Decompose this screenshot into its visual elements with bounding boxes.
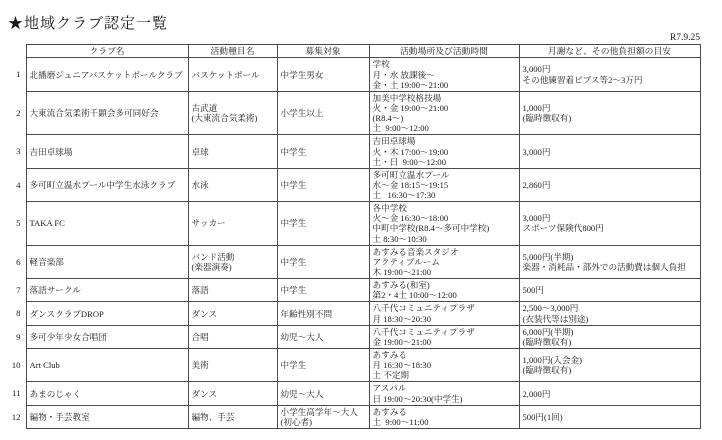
cell-club-name: 多可少年少女合唱団: [26, 325, 188, 348]
cell-place-time: あすみる 土 9:00～11:00: [369, 405, 519, 428]
cell-row-number: 8: [6, 302, 26, 325]
cell-fee: 5,000円(半期) 楽器・消耗品・部外での活動費は個人負担: [519, 245, 700, 278]
cell-club-name: 落語サークル: [26, 279, 188, 302]
table-row: 4 多可町立温水プール中学生水泳クラブ 水泳 中学生 多可町立温水プール 水～金…: [6, 168, 700, 201]
cell-place-time: 各中学校 火～金 16:30～18:00 中町中学校(R8.4～多可中学校) 土…: [369, 202, 519, 246]
cell-row-number: 6: [6, 245, 26, 278]
col-header-activity-type: 活動種目名: [188, 45, 277, 58]
cell-activity-type: ダンス: [188, 382, 277, 405]
cell-fee: 6,000円(半期) (臨時徴収有): [519, 325, 700, 348]
cell-club-name: 大東流合気柔術千顕会多可同好会: [26, 91, 188, 135]
cell-activity-type: 落語: [188, 279, 277, 302]
cell-row-number: 3: [6, 135, 26, 168]
cell-row-number: 9: [6, 325, 26, 348]
cell-activity-type: 古武道 (大東流合気柔術): [188, 91, 277, 135]
cell-activity-type: 合唱: [188, 325, 277, 348]
cell-place-time: 学校 月・水 放課後～ 金・土 19:00～21:00: [369, 58, 519, 91]
col-header-number: [6, 45, 26, 58]
cell-club-name: ダンスクラブDROP: [26, 302, 188, 325]
cell-row-number: 4: [6, 168, 26, 201]
cell-place-time: アスパル 日 19:00～20:30(中学生): [369, 382, 519, 405]
col-header-fee: 月謝など、その他負担額の目安: [519, 45, 700, 58]
cell-target: 年齢性別不問: [277, 302, 369, 325]
header-row: クラブ名 活動種目名 募集対象 活動場所及び活動時間 月謝など、その他負担額の目…: [6, 45, 700, 58]
cell-place-time: あすみる音楽スタジオ アクティブルーム 木 19:00～21:00: [369, 245, 519, 278]
cell-fee: 2,860円: [519, 168, 700, 201]
col-header-target: 募集対象: [277, 45, 369, 58]
cell-fee: 3,000円 スポーツ保険代800円: [519, 202, 700, 246]
document-page: ★地域クラブ認定一覧 R7.9.25 クラブ名 活動種目名 募集対象 活動場所及…: [0, 0, 722, 429]
cell-row-number: 1: [6, 58, 26, 91]
cell-place-time: あすみる 月 16:30～18:30 土 不定期: [369, 349, 519, 382]
cell-activity-type: 編物、手芸: [188, 405, 277, 428]
table-row: 8 ダンスクラブDROP ダンス 年齢性別不問 八千代コミュニティプラザ 月 1…: [6, 302, 700, 325]
table-row: 3 吉田卓球場 卓球 中学生 吉田卓球場 火・木 17:00～19:00 土・日…: [6, 135, 700, 168]
cell-target: 中学生: [277, 349, 369, 382]
cell-target: 中学生: [277, 279, 369, 302]
table-body: 1 北播磨ジュニアバスケットボールクラブ バスケットボール 中学生男女 学校 月…: [6, 58, 700, 429]
table-row: 12 編物・手芸教室 編物、手芸 小学生高学年～大人 (初心者) あすみる 土 …: [6, 405, 700, 428]
cell-target: 小学生高学年～大人 (初心者): [277, 405, 369, 428]
cell-club-name: あまのじゃく: [26, 382, 188, 405]
table-row: 11 あまのじゃく ダンス 幼児～大人 アスパル 日 19:00～20:30(中…: [6, 382, 700, 405]
cell-place-time: 八千代コミュニティプラザ 金 19:00～21:00: [369, 325, 519, 348]
cell-fee: 3,000円: [519, 135, 700, 168]
cell-fee: 3,000円 その他練習着ビブス等2～3万円: [519, 58, 700, 91]
cell-row-number: 10: [6, 349, 26, 382]
cell-fee: 500円: [519, 279, 700, 302]
table-row: 6 軽音楽部 バンド活動 (楽器演奏) 中学生 あすみる音楽スタジオ アクティブ…: [6, 245, 700, 278]
cell-club-name: 編物・手芸教室: [26, 405, 188, 428]
page-title: ★地域クラブ認定一覧: [8, 12, 722, 33]
cell-row-number: 11: [6, 382, 26, 405]
date-label: R7.9.25: [6, 33, 700, 43]
cell-row-number: 7: [6, 279, 26, 302]
table-row: 5 TAKA FC サッカー 中学生 各中学校 火～金 16:30～18:00 …: [6, 202, 700, 246]
cell-club-name: 軽音楽部: [26, 245, 188, 278]
cell-target: 中学生: [277, 202, 369, 246]
cell-target: 幼児～大人: [277, 382, 369, 405]
cell-place-time: 多可町立温水プール 水～金 18:15～19:15 土 16:30～17:30: [369, 168, 519, 201]
cell-activity-type: 水泳: [188, 168, 277, 201]
cell-activity-type: サッカー: [188, 202, 277, 246]
cell-activity-type: 美術: [188, 349, 277, 382]
cell-club-name: 多可町立温水プール中学生水泳クラブ: [26, 168, 188, 201]
cell-place-time: あすみる(和室) 第2・4土 10:00～12:00: [369, 279, 519, 302]
cell-activity-type: バスケットボール: [188, 58, 277, 91]
cell-target: 幼児～大人: [277, 325, 369, 348]
cell-target: 中学生: [277, 168, 369, 201]
cell-club-name: Art Club: [26, 349, 188, 382]
cell-target: 中学生男女: [277, 58, 369, 91]
table-row: 7 落語サークル 落語 中学生 あすみる(和室) 第2・4土 10:00～12:…: [6, 279, 700, 302]
cell-club-name: 北播磨ジュニアバスケットボールクラブ: [26, 58, 188, 91]
col-header-club-name: クラブ名: [26, 45, 188, 58]
cell-target: 中学生: [277, 245, 369, 278]
cell-place-time: 八千代コミュニティプラザ 月 18:30～20:30: [369, 302, 519, 325]
table-row: 10 Art Club 美術 中学生 あすみる 月 16:30～18:30 土 …: [6, 349, 700, 382]
cell-row-number: 2: [6, 91, 26, 135]
cell-row-number: 5: [6, 202, 26, 246]
cell-fee: 2,000円: [519, 382, 700, 405]
cell-fee: 2,500～3,000円 (衣装代等は別途): [519, 302, 700, 325]
table-row: 1 北播磨ジュニアバスケットボールクラブ バスケットボール 中学生男女 学校 月…: [6, 58, 700, 91]
cell-row-number: 12: [6, 405, 26, 428]
cell-activity-type: 卓球: [188, 135, 277, 168]
club-list-table: クラブ名 活動種目名 募集対象 活動場所及び活動時間 月謝など、その他負担額の目…: [6, 44, 701, 429]
cell-fee: 500円(1回): [519, 405, 700, 428]
col-header-place-time: 活動場所及び活動時間: [369, 45, 519, 58]
cell-fee: 1,000円(入会金) (臨時徴収有): [519, 349, 700, 382]
cell-target: 中学生: [277, 135, 369, 168]
cell-place-time: 加美中学校格技場 火・金 19:00～21:00 (R8.4～) 土 9:00～…: [369, 91, 519, 135]
table-row: 2 大東流合気柔術千顕会多可同好会 古武道 (大東流合気柔術) 小学生以上 加美…: [6, 91, 700, 135]
cell-activity-type: バンド活動 (楽器演奏): [188, 245, 277, 278]
cell-club-name: 吉田卓球場: [26, 135, 188, 168]
table-row: 9 多可少年少女合唱団 合唱 幼児～大人 八千代コミュニティプラザ 金 19:0…: [6, 325, 700, 348]
cell-place-time: 吉田卓球場 火・木 17:00～19:00 土・日 9:00～12:00: [369, 135, 519, 168]
cell-club-name: TAKA FC: [26, 202, 188, 246]
cell-target: 小学生以上: [277, 91, 369, 135]
cell-fee: 1,000円 (臨時徴収有): [519, 91, 700, 135]
cell-activity-type: ダンス: [188, 302, 277, 325]
